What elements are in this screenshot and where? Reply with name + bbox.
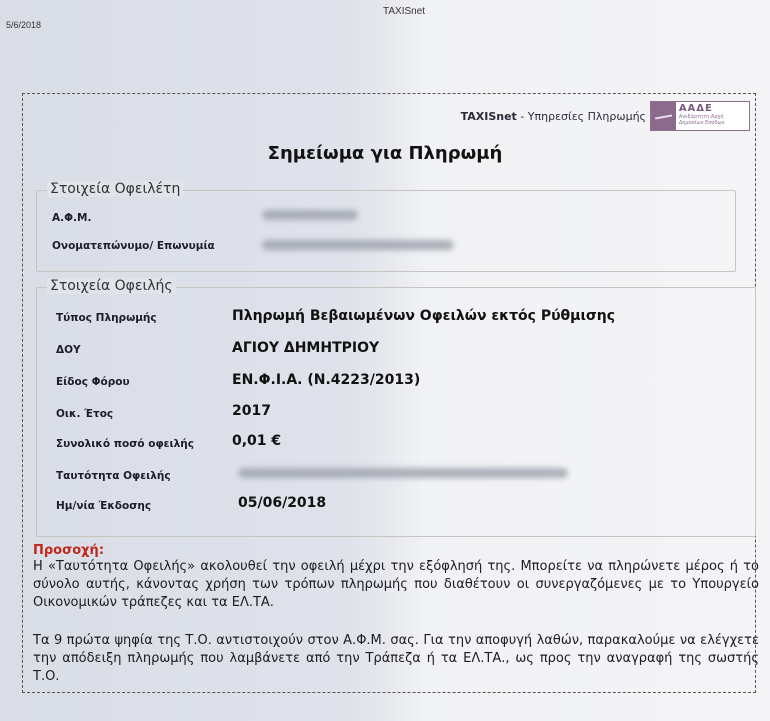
field-value: 05/06/2018: [238, 495, 326, 511]
field-total-amount: Συνολικό ποσό οφειλής: [56, 438, 194, 450]
field-issue-date: Ημ/νία Έκδοσης: [56, 500, 151, 512]
field-label: Α.Φ.Μ.: [52, 212, 91, 224]
field-label: Οικ. Έτος: [56, 408, 113, 420]
logo-title: ΑΑΔΕ: [679, 103, 746, 114]
field-label: Ονοματεπώνυμο/ Επωνυμία: [52, 240, 215, 252]
debt-section-legend: Στοιχεία Οφειλής: [47, 278, 176, 294]
debtor-section-legend: Στοιχεία Οφειλέτη: [47, 181, 183, 197]
field-value: ΕΝ.Φ.Ι.Α. (Ν.4223/2013): [232, 372, 420, 388]
field-label: Ημ/νία Έκδοσης: [56, 500, 151, 512]
field-payment-type: Τύπος Πληρωμής: [56, 312, 157, 324]
notice-section: Προσοχή: Η «Ταυτότητα Οφειλής» ακολουθεί…: [33, 543, 763, 686]
field-name: Ονοματεπώνυμο/ Επωνυμία: [52, 240, 215, 252]
logo-subtitle: Ανεξάρτητη Αρχή Δημοσίων Εσόδων: [679, 114, 746, 126]
field-debt-id: Ταυτότητα Οφειλής: [56, 470, 171, 482]
aade-logo: ΑΑΔΕ Ανεξάρτητη Αρχή Δημοσίων Εσόδων: [650, 101, 750, 131]
field-label: Τύπος Πληρωμής: [56, 312, 157, 324]
field-doy: ΔΟΥ: [56, 344, 81, 356]
field-tax-type: Είδος Φόρου: [56, 376, 130, 388]
service-name: TAXISnet - Υπηρεσίες Πληρωμής: [461, 110, 646, 123]
field-label: Ταυτότητα Οφειλής: [56, 470, 171, 482]
field-value: Πληρωμή Βεβαιωμένων Οφειλών εκτός Ρύθμισ…: [232, 308, 615, 324]
field-label: ΔΟΥ: [56, 344, 81, 356]
notice-paragraph-2: Τα 9 πρώτα ψηφία της Τ.Ο. αντιστοιχούν σ…: [33, 632, 759, 686]
field-label: Είδος Φόρου: [56, 376, 130, 388]
field-afm: Α.Φ.Μ.: [52, 212, 91, 224]
notice-paragraph-1: Η «Ταυτότητα Οφειλής» ακολουθεί την οφει…: [33, 558, 759, 612]
redacted-debt-id-value: [238, 468, 568, 478]
redacted-name-value: [262, 240, 454, 250]
debtor-section: Στοιχεία Οφειλέτη: [36, 190, 736, 272]
brand-header: TAXISnet - Υπηρεσίες Πληρωμής ΑΑΔΕ Ανεξά…: [440, 101, 750, 131]
notice-title: Προσοχή:: [33, 543, 763, 558]
field-fiscal-year: Οικ. Έτος: [56, 408, 113, 420]
field-label: Συνολικό ποσό οφειλής: [56, 438, 194, 450]
print-header-site: TAXISnet: [383, 6, 425, 17]
redacted-afm-value: [262, 210, 358, 220]
print-date: 5/6/2018: [6, 20, 41, 30]
field-value: 0,01 €: [232, 433, 281, 449]
field-value: ΑΓΙΟΥ ΔΗΜΗΤΡΙΟΥ: [232, 340, 379, 356]
document-title: Σημείωμα για Πληρωμή: [0, 143, 770, 164]
field-value: 2017: [232, 403, 271, 419]
aade-logo-icon: [651, 102, 676, 130]
